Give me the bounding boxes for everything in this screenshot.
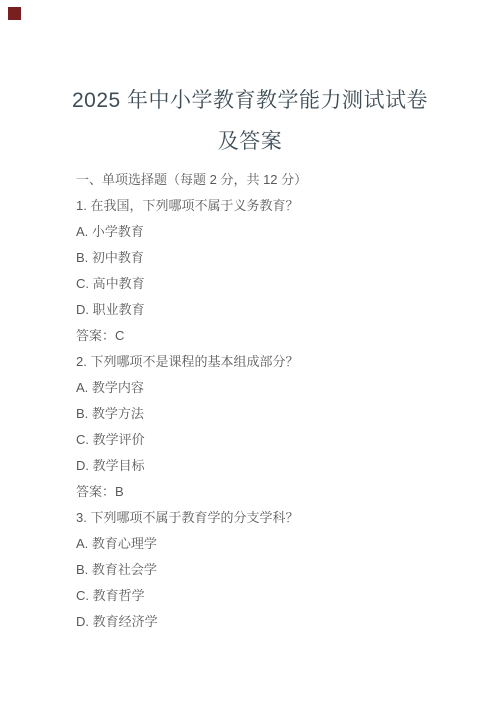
question-2-answer: 答案：B [76, 479, 470, 505]
title-line-1: 2025 年中小学教育教学能力测试试卷 [0, 80, 500, 121]
red-square-marker [8, 7, 21, 20]
document-body: 一、单项选择题（每题 2 分，共 12 分） 1. 在我国，下列哪项不属于义务教… [76, 167, 470, 635]
question-2-option-b: B. 教学方法 [76, 401, 470, 427]
question-1-prompt: 1. 在我国，下列哪项不属于义务教育？ [76, 193, 470, 219]
question-1-option-a: A. 小学教育 [76, 219, 470, 245]
document-title: 2025 年中小学教育教学能力测试试卷 及答案 [0, 80, 500, 162]
question-3-option-d: D. 教育经济学 [76, 609, 470, 635]
question-1-option-b: B. 初中教育 [76, 245, 470, 271]
question-2-prompt: 2. 下列哪项不是课程的基本组成部分？ [76, 349, 470, 375]
question-3-prompt: 3. 下列哪项不属于教育学的分支学科？ [76, 505, 470, 531]
exam-paper-page: 2025 年中小学教育教学能力测试试卷 及答案 一、单项选择题（每题 2 分，共… [0, 0, 500, 707]
question-2-option-d: D. 教学目标 [76, 453, 470, 479]
question-2-option-c: C. 教学评价 [76, 427, 470, 453]
section-header: 一、单项选择题（每题 2 分，共 12 分） [76, 167, 470, 193]
question-1-option-d: D. 职业教育 [76, 297, 470, 323]
question-1-answer: 答案：C [76, 323, 470, 349]
question-2-option-a: A. 教学内容 [76, 375, 470, 401]
question-3-option-c: C. 教育哲学 [76, 583, 470, 609]
title-line-2: 及答案 [0, 121, 500, 162]
question-3-option-a: A. 教育心理学 [76, 531, 470, 557]
question-1-option-c: C. 高中教育 [76, 271, 470, 297]
question-3-option-b: B. 教育社会学 [76, 557, 470, 583]
